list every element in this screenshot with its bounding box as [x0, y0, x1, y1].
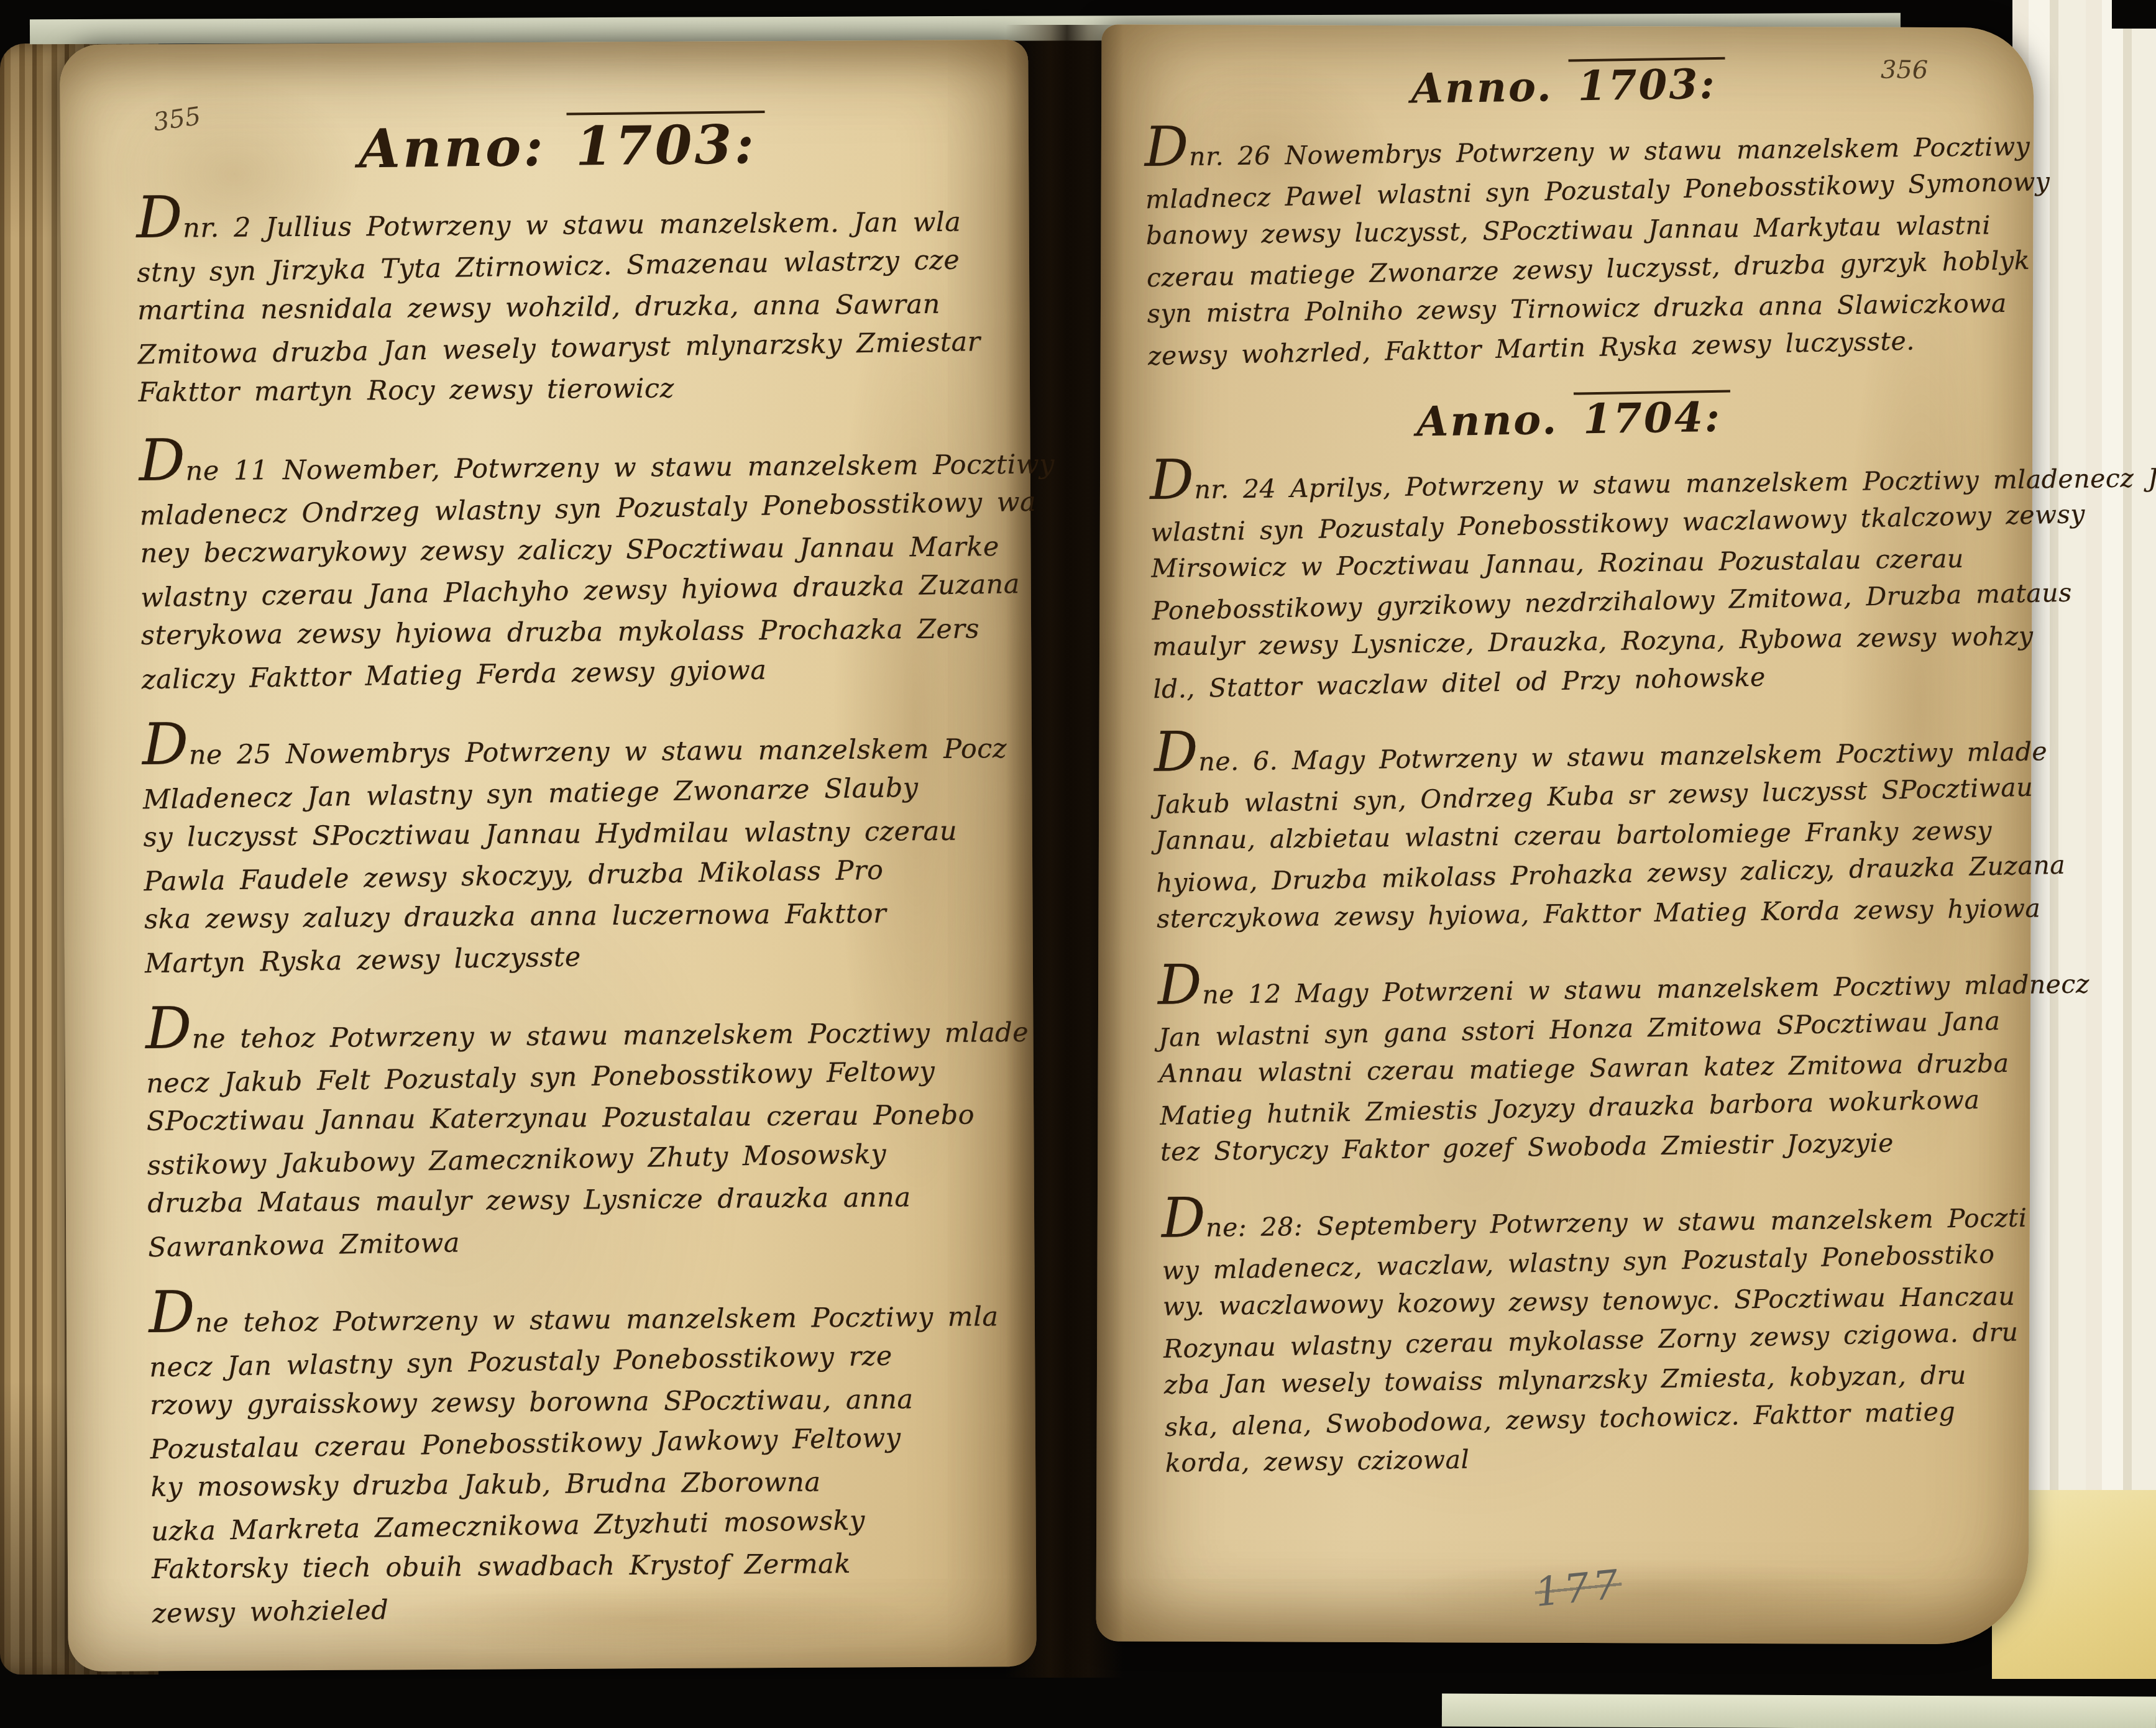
marriage-entry: Dne tehoz Potwrzeny w stawu manzelskem P…	[149, 1284, 1005, 1633]
marriage-entry: Dne: 28: Septembery Potwrzeny w stawu ma…	[1161, 1187, 2014, 1484]
manuscript-photo: 355 Anno: 1703: Dnr. 2 Jullius Potwrzeny…	[0, 0, 2156, 1728]
entry-line: Dne 11 Nowember, Potwrzeny w stawu manze…	[139, 434, 993, 492]
book-bottom-edge	[1442, 1693, 2156, 1728]
entry-line: Dne tehoz Potwrzeny w stawu manzelskem P…	[149, 1286, 1002, 1344]
left-anno-1703-header: Anno: 1703:	[135, 111, 989, 183]
anno-word: Anno.	[1411, 62, 1553, 113]
anno-year: 1703:	[1569, 57, 1725, 111]
marriage-entry: Dnr. 2 Jullius Potwrzeny w stawu manzels…	[136, 190, 991, 415]
entry-line: Dne 25 Nowembrys Potwrzeny w stawu manze…	[142, 718, 996, 776]
right-page: 356 Anno. 1703: Dnr. 26 Nowembrys Potwrz…	[1096, 24, 2034, 1644]
marriage-entry: Dne 12 Magy Potwrzeni w stawu manzelskem…	[1157, 954, 2009, 1173]
anno-word: Anno:	[359, 116, 546, 180]
right-page-content: Anno. 1703: Dnr. 26 Nowembrys Potwrzeny …	[1102, 10, 2057, 1512]
left-page-content: Anno: 1703: Dnr. 2 Jullius Potwrzeny w s…	[55, 37, 1041, 1661]
right-anno-1703-header: Anno. 1703:	[1144, 55, 1993, 117]
entry-line: Dne tehoz Potwrzeny w stawu manzelskem P…	[145, 1002, 999, 1060]
entry-line: Fakttor martyn Rocy zewsy tierowicz	[138, 365, 991, 413]
photo-corner	[2112, 0, 2156, 29]
anno-year: 1704:	[1574, 390, 1730, 444]
anno-word: Anno.	[1416, 395, 1558, 446]
marriage-entry: Dnr. 26 Nowembrys Potwrzeny w stawu manz…	[1144, 116, 1997, 374]
anno-year: 1703:	[566, 111, 765, 178]
marriage-entry: Dne tehoz Potwrzeny w stawu manzelskem P…	[145, 1000, 1001, 1267]
pencil-folio-note: 177	[1533, 1561, 1624, 1616]
marriage-entry: Dne 25 Nowembrys Potwrzeny w stawu manze…	[142, 716, 998, 983]
left-page: 355 Anno: 1703: Dnr. 2 Jullius Potwrzeny…	[60, 40, 1037, 1671]
right-anno-1704-header: Anno. 1704:	[1149, 388, 1998, 450]
entry-line: Dnr. 2 Jullius Potwrzeny w stawu manzels…	[136, 191, 989, 249]
marriage-entry: Dne 11 Nowember, Potwrzeny w stawu manze…	[139, 432, 994, 699]
marriage-entry: Dnr. 24 Aprilys, Potwrzeny w stawu manze…	[1150, 449, 2002, 707]
marriage-entry: Dne. 6. Magy Potwrzeny w stawu manzelske…	[1154, 721, 2006, 940]
